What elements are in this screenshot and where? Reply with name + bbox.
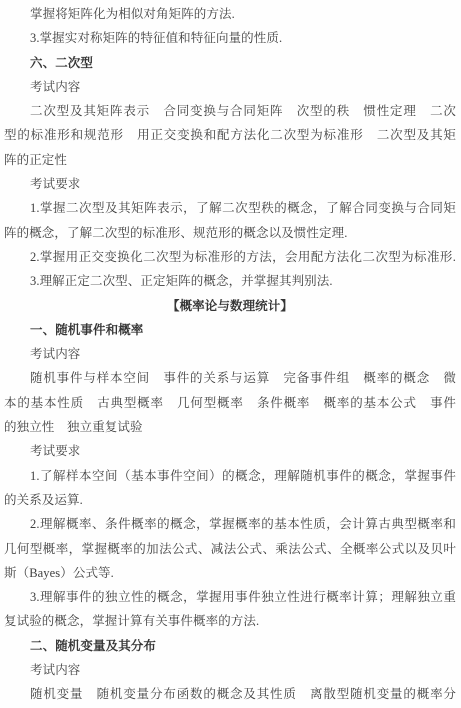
doc-line: 本的基本性质 古典型概率 几何型概率 条件概率 概率的基本公式 事件: [4, 391, 456, 415]
label-exam-requirements: 考试要求: [4, 439, 456, 463]
doc-line: 的独立性 独立重复试验: [4, 415, 456, 439]
heading-probability-and-statistics: 【概率论与数理统计】: [4, 294, 456, 318]
doc-line: 随机事件与样本空间 事件的关系与运算 完备事件组 概率的概念 微: [4, 366, 456, 390]
heading-section-two-random-variables: 二、随机变量及其分布: [4, 634, 456, 658]
doc-line: 3.掌握实对称矩阵的特征值和特征向量的性质.: [4, 26, 456, 50]
label-exam-content: 考试内容: [4, 75, 456, 99]
label-exam-content: 考试内容: [4, 342, 456, 366]
doc-line: 阵的概念，了解二次型的标准形、规范形的概念以及惯性定理.: [4, 221, 456, 245]
doc-line: 复试验的概念，掌握计算有关事件概率的方法.: [4, 609, 456, 633]
doc-line: 1.了解样本空间（基本事件空间）的概念，理解随机事件的概念，掌握事件: [4, 464, 456, 488]
heading-section-six-quadratic-form: 六、二次型: [4, 51, 456, 75]
label-exam-content: 考试内容: [4, 658, 456, 682]
doc-line: 1.掌握二次型及其矩阵表示，了解二次型秩的概念，了解合同变换与合同矩: [4, 196, 456, 220]
doc-line: 3.理解正定二次型、正定矩阵的概念，并掌握其判别法.: [4, 269, 456, 293]
doc-line: 2.理解概率、条件概率的概念，掌握概率的基本性质，会计算古典型概率和: [4, 512, 456, 536]
doc-line: 3.理解事件的独立性的概念，掌握用事件独立性进行概率计算；理解独立重: [4, 585, 456, 609]
label-exam-requirements: 考试要求: [4, 172, 456, 196]
doc-line: 二次型及其矩阵表示 合同变换与合同矩阵 次型的秩 惯性定理 二次: [4, 99, 456, 123]
doc-line: 斯（Bayes）公式等.: [4, 561, 456, 585]
doc-line: 2.掌握用正交变换化二次型为标准形的方法，会用配方法化二次型为标准形.: [4, 245, 456, 269]
doc-line: 随机变量 随机变量分布函数的概念及其性质 离散型随机变量的概率分: [4, 682, 456, 706]
doc-line: 型的标准形和规范形 用正交变换和配方法化二次型为标准形 二次型及其矩: [4, 123, 456, 147]
document-page: 掌握将矩阵化为相似对角矩阵的方法. 3.掌握实对称矩阵的特征值和特征向量的性质.…: [0, 0, 461, 708]
heading-section-one-random-events: 一、随机事件和概率: [4, 318, 456, 342]
doc-line: 阵的正定性: [4, 148, 456, 172]
doc-line: 的关系及运算.: [4, 488, 456, 512]
doc-line: 几何型概率，掌握概率的加法公式、减法公式、乘法公式、全概率公式以及贝叶: [4, 537, 456, 561]
doc-line: 掌握将矩阵化为相似对角矩阵的方法.: [4, 2, 456, 26]
